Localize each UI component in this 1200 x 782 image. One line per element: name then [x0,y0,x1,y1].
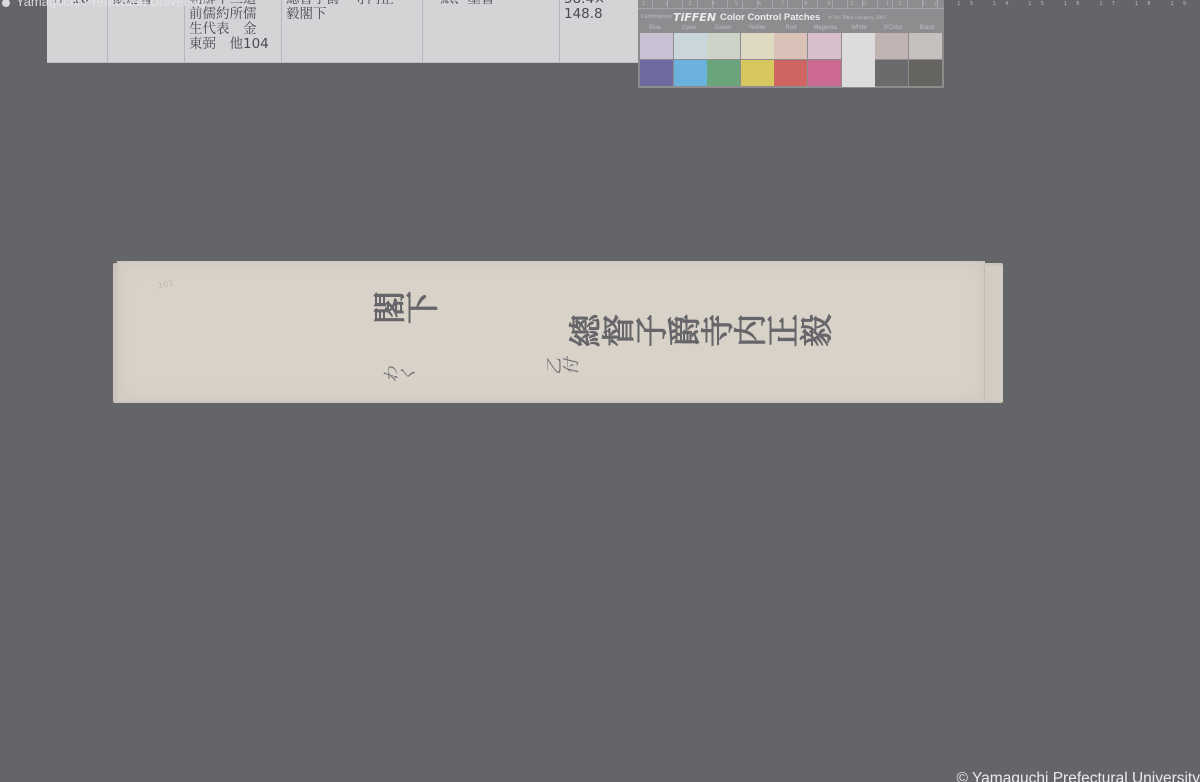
patch-label: Blue [638,25,672,33]
folded-document: 103 總督子爵寺内正毅 閣下 乙付 わく [113,261,1003,404]
patch-label: White [842,25,876,33]
chart-title-bar: Centimetres TiFFEN Color Control Patches… [638,11,944,25]
catalog-table: YP-10 歓迎書 朝鮮中三道 前儒約所儒 生代表 金 東弼 他104 総督子爵… [47,0,638,63]
catalog-size-line: 148.8 [564,7,634,22]
catalog-author-line: 東弼 他104 [189,37,277,52]
ruler: 1 2 3 4 5 6 7 8 9 10 11 12 13 14 15 16 1… [638,0,944,9]
color-patch [774,60,807,86]
catalog-author-cell: 朝鮮中三道 前儒約所儒 生代表 金 東弼 他104 [185,0,282,63]
color-patch [774,33,807,59]
catalog-recipient-cell: 総督子爵 寺内正 毅閣下 [282,0,423,63]
color-control-chart: 1 2 3 4 5 6 7 8 9 10 11 12 13 14 15 16 1… [638,0,944,88]
color-patch [741,60,774,86]
color-patch [707,60,740,86]
color-patch [808,60,841,86]
color-patch [674,33,707,59]
tiffen-logo: TiFFEN [673,11,716,24]
annotation-mark: わく [382,369,422,389]
watermark-top: Yamaguchi Prefectural University [2,0,207,9]
watermark-bottom: © Yamaguchi Prefectural University [957,770,1200,782]
patch-labels: Blue Cyan Green Yellow Red Magenta White… [638,25,944,33]
document-paper: 103 總督子爵寺内正毅 閣下 乙付 わく [117,261,985,402]
color-patch [909,33,942,59]
catalog-size-cell: 58.4× 148.8 [560,0,639,63]
color-patch [674,60,707,86]
catalog-author-line: 前儒約所儒 [189,7,277,22]
color-patch [842,33,875,87]
chart-copyright: © The Tiffen Company, 2007 [828,15,886,20]
color-patches [640,33,942,87]
catalog-author-line: 生代表 金 [189,22,277,37]
watermark-top-text: Yamaguchi Prefectural University [16,0,207,9]
catalog-format: 一紙、墨書 [427,0,555,7]
patch-label: Magenta [808,25,842,33]
catalog-row: YP-10 歓迎書 朝鮮中三道 前儒約所儒 生代表 金 東弼 他104 総督子爵… [47,0,638,63]
patch-label: Cyan [672,25,706,33]
annotation-mark: 乙付 [545,361,585,381]
color-patch [875,33,908,59]
chart-title: Color Control Patches [720,12,820,23]
paper-fold-edge [984,266,1003,401]
patch-label: Green [706,25,740,33]
catalog-title-cell: 歓迎書 [108,0,185,63]
color-patch [808,33,841,59]
catalog-format-cell: 一紙、墨書 [423,0,560,63]
patch-label: Black [910,25,944,33]
patch-label: 3/Color [876,25,910,33]
color-patch [909,60,942,86]
calligraphy-honorific: 閣下 [372,293,442,329]
color-patch [741,33,774,59]
color-patch [875,60,908,86]
calligraphy-recipient: 總督子爵寺内正毅 [568,316,858,352]
circle-icon [2,0,10,7]
catalog-id-cell: YP-10 [47,0,108,63]
pencil-mark: 103 [157,279,174,291]
ruler-numbers: 1 2 3 4 5 6 7 8 9 10 11 12 13 14 15 16 1… [642,1,1195,7]
color-patch [640,60,673,86]
color-patch [640,33,673,59]
color-patch [707,33,740,59]
catalog-recipient-line: 毅閣下 [286,7,418,22]
patch-label: Red [774,25,808,33]
patch-label: Yellow [740,25,774,33]
centimetres-label: Centimetres [641,14,672,20]
catalog-label: YP-10 歓迎書 朝鮮中三道 前儒約所儒 生代表 金 東弼 他104 総督子爵… [47,0,639,63]
